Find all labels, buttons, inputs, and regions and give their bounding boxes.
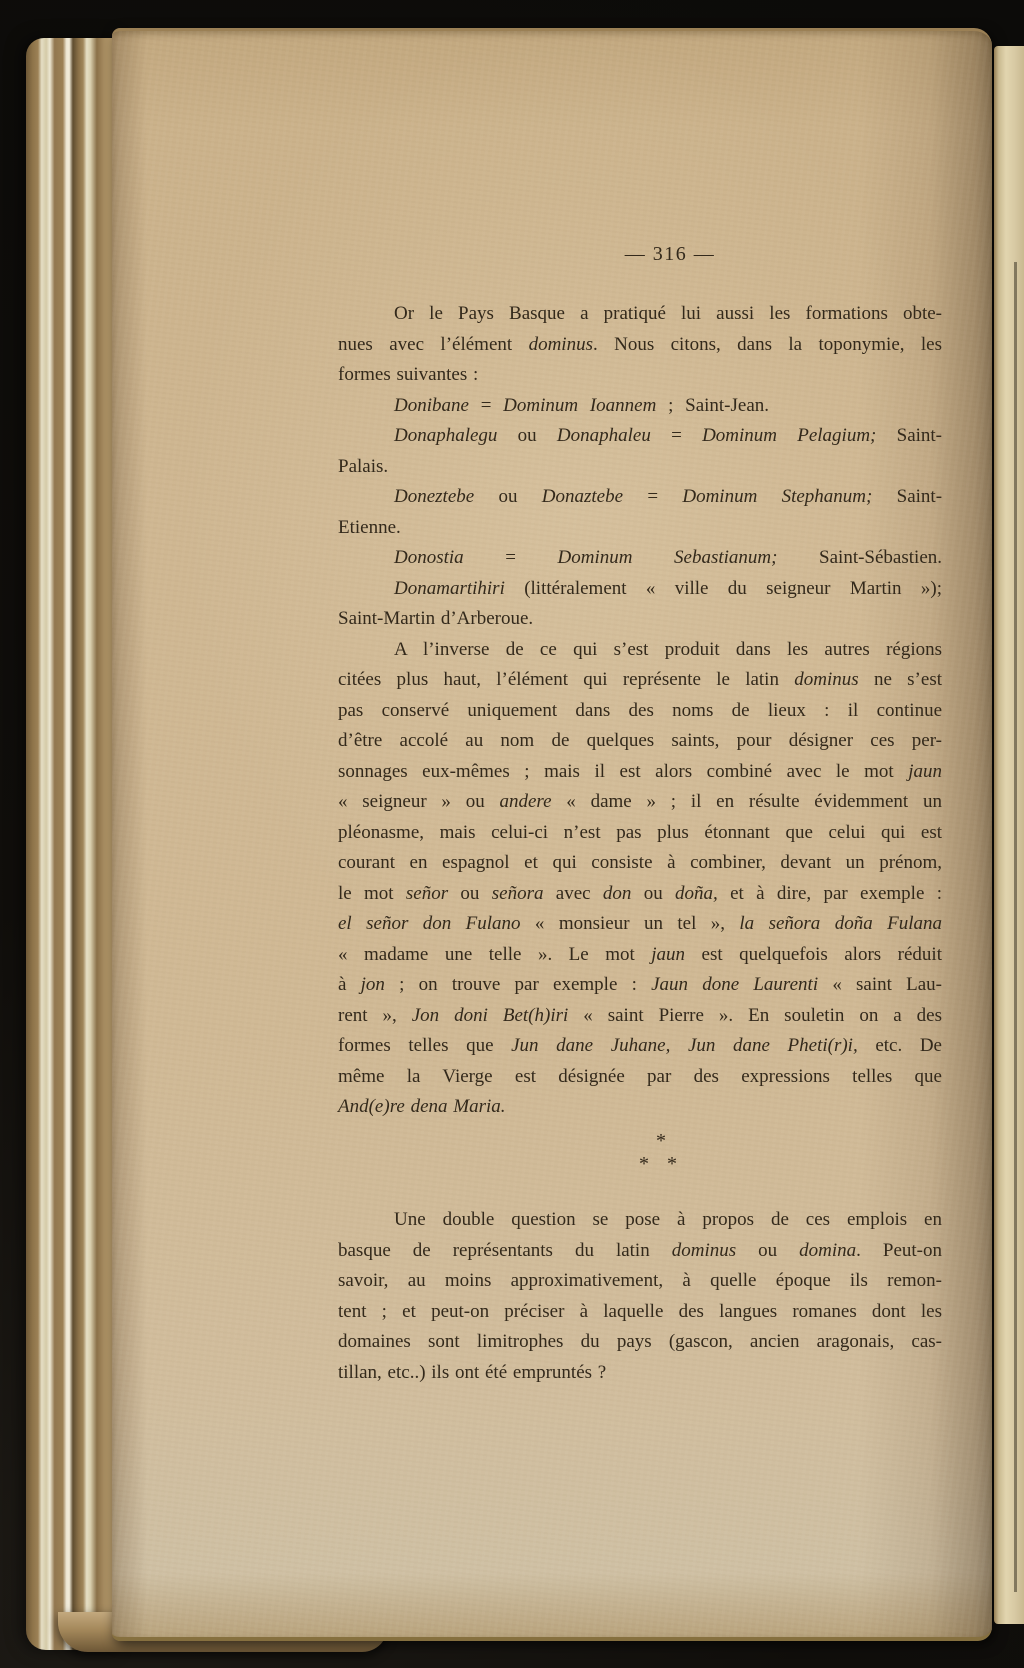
text-segment: « dame » ; il en résulte évidemment un [552, 791, 942, 812]
italic-text-segment: Dominum Pelagium; [702, 425, 876, 446]
text-segment: savoir, au moins approximativement, à qu… [338, 1270, 942, 1291]
italic-text-segment: don [603, 883, 632, 904]
text-line: domaines sont limitrophes du pays (gasco… [338, 1327, 942, 1358]
text-segment: ; Saint-Jean. [656, 395, 769, 416]
italic-text-segment: señora [492, 883, 544, 904]
text-segment: ou [631, 883, 675, 904]
text-segment: = [464, 547, 558, 568]
text-segment: = [623, 486, 682, 507]
text-segment: Saint-Sébastien. [777, 547, 942, 568]
text-line: A l’inverse de ce qui s’est produit dans… [338, 635, 942, 666]
text-segment: sonnages eux-mêmes ; mais il est alors c… [338, 761, 908, 782]
text-segment: ou [497, 425, 556, 446]
text-line: à jon ; on trouve par exemple : Jaun don… [338, 970, 942, 1001]
text-line: formes suivantes : [338, 360, 942, 391]
text-segment: ou [474, 486, 542, 507]
italic-text-segment: Donostia [394, 547, 464, 568]
text-line: pas conservé uniquement dans des noms de… [338, 696, 942, 727]
text-line: courant en espagnol et qui consiste à co… [338, 848, 942, 879]
italic-text-segment: jaun [908, 761, 942, 782]
text-line: d’être accolé au nom de quelques saints,… [338, 726, 942, 757]
text-line: basque de représentants du latin dominus… [338, 1236, 942, 1267]
text-segment: formes suivantes : [338, 364, 478, 385]
text-line: Or le Pays Basque a pratiqué lui aussi l… [338, 299, 942, 330]
text-segment: est quelquefois alors réduit [685, 944, 942, 965]
text-segment: formes telles que [338, 1035, 511, 1056]
text-line: pléonasme, mais celui-ci n’est pas plus … [338, 818, 942, 849]
italic-text-segment: Jon doni Bet(h)iri [412, 1005, 569, 1026]
text-segment: même la Vierge est désignée par des expr… [338, 1066, 942, 1087]
text-line: Donibane = Dominum Ioannem ; Saint-Jean. [338, 391, 942, 422]
text-segment: « monsieur un tel », [521, 913, 740, 934]
text-segment: pléonasme, mais celui-ci n’est pas plus … [338, 822, 942, 843]
text-segment: d’être accolé au nom de quelques saints,… [338, 730, 942, 751]
text-segment: etc. De [858, 1035, 942, 1056]
text-segment: courant en espagnol et qui consiste à co… [338, 852, 942, 873]
text-segment: = [469, 395, 503, 416]
text-line: el señor don Fulano « monsieur un tel »,… [338, 909, 942, 940]
text-segment: Or le Pays Basque a pratiqué lui aussi l… [394, 303, 942, 324]
text-segment: « saint Lau- [818, 974, 942, 995]
text-line: Donaphalegu ou Donaphaleu = Dominum Pela… [338, 421, 942, 452]
text-segment: basque de représentants du latin [338, 1240, 672, 1261]
italic-text-segment: Doneztebe [394, 486, 474, 507]
text-line: Etienne. [338, 513, 942, 544]
italic-text-segment: domina [799, 1240, 856, 1261]
facing-page-edge [994, 46, 1024, 1624]
text-line: And(e)re dena Maria. [338, 1092, 942, 1123]
section-separator: ** * [359, 1123, 963, 1206]
text-segment: pas conservé uniquement dans des noms de… [338, 700, 942, 721]
text-line: Palais. [338, 452, 942, 483]
text-segment: et à dire, par exemple : [718, 883, 942, 904]
facing-page-rule [1014, 262, 1017, 1592]
text-segment: domaines sont limitrophes du pays (gasco… [338, 1331, 942, 1352]
italic-text-segment: la señora doña Fulana [739, 913, 942, 934]
italic-text-segment: Jun dane Juhane, Jun dane Pheti(r)i, [511, 1035, 858, 1056]
text-segment: avec [543, 883, 602, 904]
text-segment: le mot [338, 883, 406, 904]
italic-text-segment: el señor don Fulano [338, 913, 521, 934]
text-segment: . Peut-on [856, 1240, 942, 1261]
italic-text-segment: Donamartihiri [394, 578, 505, 599]
text-line: le mot señor ou señora avec don ou doña,… [338, 879, 942, 910]
italic-text-segment: dominus [529, 334, 593, 355]
separator-asterisk-top: * [359, 1130, 963, 1153]
italic-text-segment: Dominum Ioannem [503, 395, 656, 416]
separator-asterisks-bottom: * * [359, 1153, 963, 1176]
text-segment: . Nous citons, dans la toponymie, les [593, 334, 942, 355]
text-segment: Saint- [876, 425, 942, 446]
text-segment: « saint Pierre ». En souletin on a des [568, 1005, 942, 1026]
text-line: Une double question se pose à propos de … [338, 1205, 942, 1236]
page-stack-edges [26, 38, 118, 1650]
italic-text-segment: Donaphaleu [557, 425, 651, 446]
text-line: Donostia = Dominum Sebastianum; Saint-Sé… [338, 543, 942, 574]
italic-text-segment: And(e)re dena Maria. [338, 1096, 506, 1117]
text-line: tent ; et peut-on préciser à laquelle de… [338, 1297, 942, 1328]
text-segment: ou [448, 883, 492, 904]
text-line: Doneztebe ou Donaztebe = Dominum Stephan… [338, 482, 942, 513]
page-number: — 316 — [368, 243, 972, 266]
text-line: Donamartihiri (littéralement « ville du … [338, 574, 942, 605]
text-segment: (littéralement « ville du seigneur Marti… [505, 578, 942, 599]
italic-text-segment: doña, [675, 883, 718, 904]
text-line: citées plus haut, l’élément qui représen… [338, 665, 942, 696]
italic-text-segment: dominus [794, 669, 858, 690]
italic-text-segment: jon [361, 974, 385, 995]
text-line: même la Vierge est désignée par des expr… [338, 1062, 942, 1093]
text-segment: Palais. [338, 456, 388, 477]
text-line: savoir, au moins approximativement, à qu… [338, 1266, 942, 1297]
text-segment: ; on trouve par exemple : [385, 974, 651, 995]
text-line: Saint-Martin d’Arberoue. [338, 604, 942, 635]
italic-text-segment: Jaun done Laurenti [651, 974, 818, 995]
text-segment: Etienne. [338, 517, 401, 538]
italic-text-segment: jaun [651, 944, 685, 965]
italic-text-segment: andere [499, 791, 551, 812]
text-line: nues avec l’élément dominus. Nous citons… [338, 330, 942, 361]
italic-text-segment: Donibane [394, 395, 469, 416]
text-segment: tillan, etc..) ils ont été empruntés ? [338, 1362, 606, 1383]
text-segment: citées plus haut, l’élément qui représen… [338, 669, 794, 690]
text-line: rent », Jon doni Bet(h)iri « saint Pierr… [338, 1001, 942, 1032]
text-segment: « madame une telle ». Le mot [338, 944, 651, 965]
italic-text-segment: dominus [672, 1240, 736, 1261]
text-segment: = [651, 425, 702, 446]
italic-text-segment: Donaztebe [542, 486, 623, 507]
text-line: formes telles que Jun dane Juhane, Jun d… [338, 1031, 942, 1062]
text-segment: Saint-Martin d’Arberoue. [338, 608, 533, 629]
italic-text-segment: Dominum Sebastianum; [558, 547, 778, 568]
text-segment: Une double question se pose à propos de … [394, 1209, 942, 1230]
italic-text-segment: Dominum Stephanum; [682, 486, 872, 507]
text-segment: tent ; et peut-on préciser à laquelle de… [338, 1301, 942, 1322]
text-line: « seigneur » ou andere « dame » ; il en … [338, 787, 942, 818]
text-segment: à [338, 974, 361, 995]
text-line: « madame une telle ». Le mot jaun est qu… [338, 940, 942, 971]
italic-text-segment: Donaphalegu [394, 425, 497, 446]
text-segment: « seigneur » ou [338, 791, 499, 812]
text-segment: Saint- [872, 486, 942, 507]
italic-text-segment: señor [406, 883, 448, 904]
text-segment: ou [736, 1240, 799, 1261]
text-segment: nues avec l’élément [338, 334, 529, 355]
text-line: sonnages eux-mêmes ; mais il est alors c… [338, 757, 942, 788]
text-segment: rent », [338, 1005, 412, 1026]
text-segment: ne s’est [859, 669, 942, 690]
text-segment: A l’inverse de ce qui s’est produit dans… [394, 639, 942, 660]
text-block: Or le Pays Basque a pratiqué lui aussi l… [338, 299, 942, 1388]
text-line: tillan, etc..) ils ont été empruntés ? [338, 1358, 942, 1389]
